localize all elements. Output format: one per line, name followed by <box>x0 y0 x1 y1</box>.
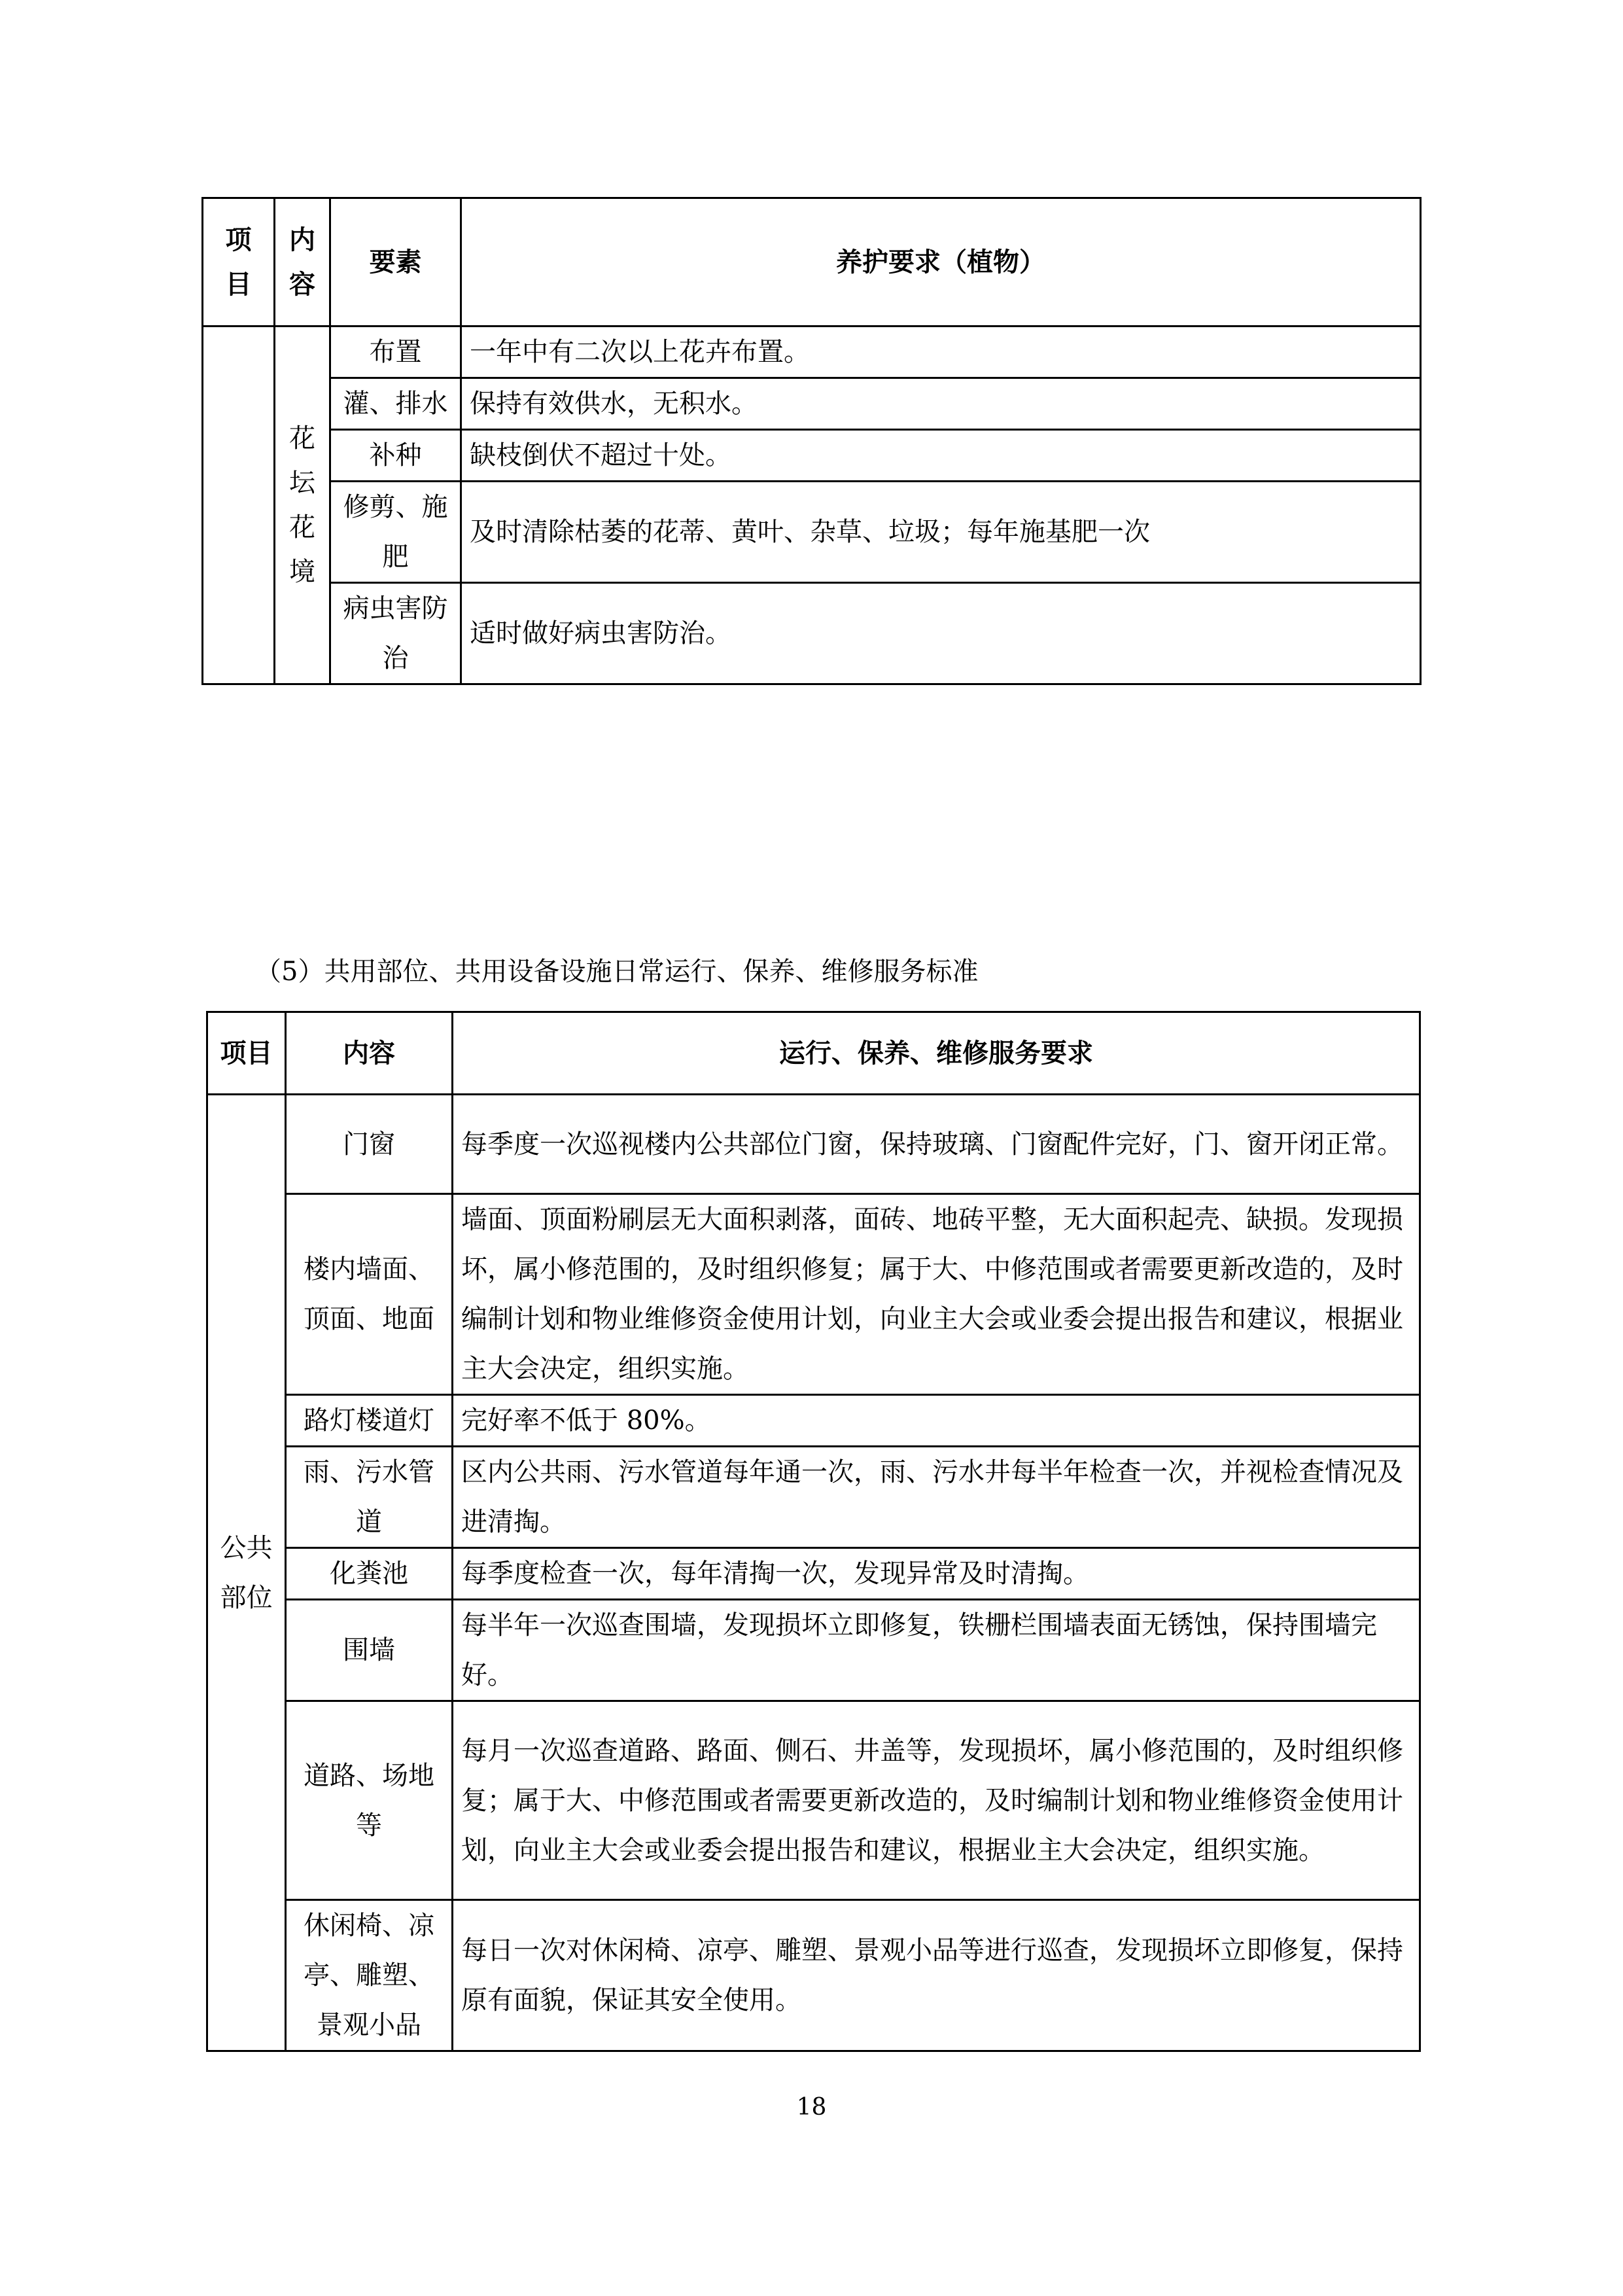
table-row: 灌、排水 保持有效供水，无积水。 <box>203 378 1421 430</box>
content-cell: 雨、污水管道 <box>286 1447 453 1548</box>
content-cell: 道路、场地等 <box>286 1701 453 1900</box>
group-project-cell: 公共部位 <box>207 1095 286 2051</box>
element-cell: 补种 <box>330 430 461 482</box>
requirement-cell: 保持有效供水，无积水。 <box>461 378 1421 430</box>
content-cell: 围墙 <box>286 1600 453 1701</box>
table-row: 道路、场地等 每月一次巡查道路、路面、侧石、井盖等，发现损坏，属小修范围的，及时… <box>207 1701 1420 1900</box>
requirement-cell: 每季度一次巡视楼内公共部位门窗，保持玻璃、门窗配件完好，门、窗开闭正常。 <box>453 1095 1420 1194</box>
header-content: 内容 <box>286 1012 453 1095</box>
table-row: 楼内墙面、顶面、地面 墙面、顶面粉刷层无大面积剥落，面砖、地砖平整，无大面积起壳… <box>207 1194 1420 1395</box>
table-row: 公共部位 门窗 每季度一次巡视楼内公共部位门窗，保持玻璃、门窗配件完好，门、窗开… <box>207 1095 1420 1194</box>
header-project: 项目 <box>207 1012 286 1095</box>
header-element: 要素 <box>330 198 461 327</box>
table-row: 休闲椅、凉亭、雕塑、景观小品 每日一次对休闲椅、凉亭、雕塑、景观小品等进行巡查，… <box>207 1900 1420 2051</box>
group-project-cell <box>203 327 275 684</box>
page-number: 18 <box>0 2094 1623 2121</box>
table-row: 路灯楼道灯 完好率不低于 80%。 <box>207 1395 1420 1447</box>
table-row: 修剪、施肥 及时清除枯萎的花蒂、黄叶、杂草、垃圾；每年施基肥一次 <box>203 482 1421 583</box>
requirement-cell: 墙面、顶面粉刷层无大面积剥落，面砖、地砖平整，无大面积起壳、缺损。发现损坏，属小… <box>453 1194 1420 1395</box>
requirement-cell: 缺枝倒伏不超过十处。 <box>461 430 1421 482</box>
plant-maintenance-table: 项目 内容 要素 养护要求（植物） 花 坛 花 境 布置 一年中有二次以上花卉布… <box>201 197 1422 685</box>
table-row: 补种 缺枝倒伏不超过十处。 <box>203 430 1421 482</box>
header-content: 内容 <box>275 198 330 327</box>
table-row: 化粪池 每季度检查一次，每年清掏一次，发现异常及时清掏。 <box>207 1548 1420 1600</box>
content-cell: 化粪池 <box>286 1548 453 1600</box>
requirement-cell: 每半年一次巡查围墙，发现损坏立即修复，铁栅栏围墙表面无锈蚀，保持围墙完好。 <box>453 1600 1420 1701</box>
requirement-cell: 适时做好病虫害防治。 <box>461 583 1421 684</box>
content-cell: 门窗 <box>286 1095 453 1194</box>
table-row: 围墙 每半年一次巡查围墙，发现损坏立即修复，铁栅栏围墙表面无锈蚀，保持围墙完好。 <box>207 1600 1420 1701</box>
group-content-cell: 花 坛 花 境 <box>275 327 330 684</box>
requirement-cell: 及时清除枯萎的花蒂、黄叶、杂草、垃圾；每年施基肥一次 <box>461 482 1421 583</box>
requirement-cell: 一年中有二次以上花卉布置。 <box>461 327 1421 378</box>
element-cell: 布置 <box>330 327 461 378</box>
section-caption: （5）共用部位、共用设备设施日常运行、保养、维修服务标准 <box>255 952 978 991</box>
requirement-cell: 每月一次巡查道路、路面、侧石、井盖等，发现损坏，属小修范围的，及时组织修复；属于… <box>453 1701 1420 1900</box>
content-cell: 休闲椅、凉亭、雕塑、景观小品 <box>286 1900 453 2051</box>
requirement-cell: 每日一次对休闲椅、凉亭、雕塑、景观小品等进行巡查，发现损坏立即修复，保持原有面貌… <box>453 1900 1420 2051</box>
content-cell: 路灯楼道灯 <box>286 1395 453 1447</box>
table-row: 花 坛 花 境 布置 一年中有二次以上花卉布置。 <box>203 327 1421 378</box>
common-facilities-table: 项目 内容 运行、保养、维修服务要求 公共部位 门窗 每季度一次巡视楼内公共部位… <box>206 1011 1421 2052</box>
header-requirement: 运行、保养、维修服务要求 <box>453 1012 1420 1095</box>
table-row: 雨、污水管道 区内公共雨、污水管道每年通一次，雨、污水井每半年检查一次，并视检查… <box>207 1447 1420 1548</box>
element-cell: 灌、排水 <box>330 378 461 430</box>
requirement-cell: 每季度检查一次，每年清掏一次，发现异常及时清掏。 <box>453 1548 1420 1600</box>
element-cell: 修剪、施肥 <box>330 482 461 583</box>
requirement-cell: 完好率不低于 80%。 <box>453 1395 1420 1447</box>
header-requirement: 养护要求（植物） <box>461 198 1421 327</box>
content-cell: 楼内墙面、顶面、地面 <box>286 1194 453 1395</box>
table-row: 病虫害防治 适时做好病虫害防治。 <box>203 583 1421 684</box>
requirement-cell: 区内公共雨、污水管道每年通一次，雨、污水井每半年检查一次，并视检查情况及进清掏。 <box>453 1447 1420 1548</box>
header-project: 项目 <box>203 198 275 327</box>
element-cell: 病虫害防治 <box>330 583 461 684</box>
